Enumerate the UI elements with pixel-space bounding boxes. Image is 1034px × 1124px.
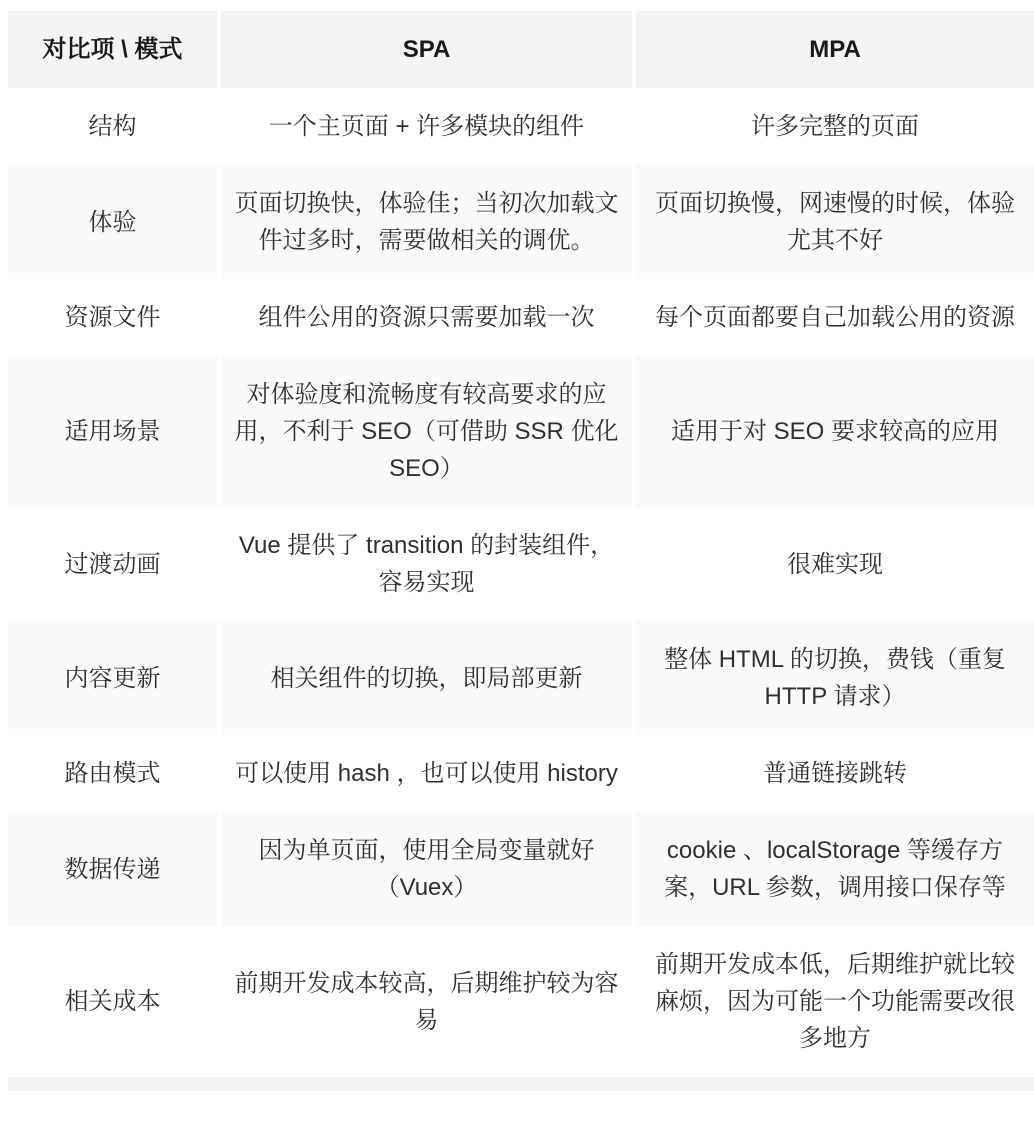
header-spa: SPA	[219, 11, 634, 88]
table-row-routing-mode: 路由模式 可以使用 hash ，也可以使用 history 普通链接跳转	[8, 735, 1034, 812]
spa-cell: 页面切换快，体验佳；当初次加载文件过多时，需要做相关的调优。	[219, 165, 634, 279]
table-row-experience: 体验 页面切换快，体验佳；当初次加载文件过多时，需要做相关的调优。 页面切换慢，…	[8, 165, 1034, 279]
header-compare-item: 对比项 \ 模式	[8, 11, 219, 88]
mpa-cell: 普通链接跳转	[634, 735, 1034, 812]
spa-cell: 因为单页面，使用全局变量就好（Vuex）	[219, 812, 634, 926]
mpa-cell: 页面切换慢，网速慢的时候，体验尤其不好	[634, 165, 1034, 279]
table-row-resources: 资源文件 组件公用的资源只需要加载一次 每个页面都要自己加载公用的资源	[8, 279, 1034, 356]
row-label: 结构	[8, 88, 219, 165]
spa-cell: Vue 提供了 transition 的封装组件，容易实现	[219, 507, 634, 621]
mpa-cell: 整体 HTML 的切换，费钱（重复 HTTP 请求）	[634, 621, 1034, 735]
row-label: 适用场景	[8, 356, 219, 507]
spa-mpa-comparison-table: 对比项 \ 模式 SPA MPA 结构 一个主页面 + 许多模块的组件 许多完整…	[8, 11, 1034, 1077]
table-row-content-update: 内容更新 相关组件的切换，即局部更新 整体 HTML 的切换，费钱（重复 HTT…	[8, 621, 1034, 735]
table-row-use-cases: 适用场景 对体验度和流畅度有较高要求的应用，不利于 SEO（可借助 SSR 优化…	[8, 356, 1034, 507]
table-header-row: 对比项 \ 模式 SPA MPA	[8, 11, 1034, 88]
row-label: 相关成本	[8, 926, 219, 1077]
table-row-transition-animation: 过渡动画 Vue 提供了 transition 的封装组件，容易实现 很难实现	[8, 507, 1034, 621]
row-label: 内容更新	[8, 621, 219, 735]
row-label: 过渡动画	[8, 507, 219, 621]
next-row-partial-band	[8, 1077, 1034, 1091]
mpa-cell: cookie 、localStorage 等缓存方案，URL 参数，调用接口保存…	[634, 812, 1034, 926]
spa-cell: 相关组件的切换，即局部更新	[219, 621, 634, 735]
mpa-cell: 前期开发成本低，后期维护就比较麻烦，因为可能一个功能需要改很多地方	[634, 926, 1034, 1077]
row-label: 资源文件	[8, 279, 219, 356]
spa-cell: 对体验度和流畅度有较高要求的应用，不利于 SEO（可借助 SSR 优化 SEO）	[219, 356, 634, 507]
spa-cell: 一个主页面 + 许多模块的组件	[219, 88, 634, 165]
row-label: 路由模式	[8, 735, 219, 812]
table-row-structure: 结构 一个主页面 + 许多模块的组件 许多完整的页面	[8, 88, 1034, 165]
mpa-cell: 许多完整的页面	[634, 88, 1034, 165]
mpa-cell: 适用于对 SEO 要求较高的应用	[634, 356, 1034, 507]
mpa-cell: 很难实现	[634, 507, 1034, 621]
header-mpa: MPA	[634, 11, 1034, 88]
spa-cell: 组件公用的资源只需要加载一次	[219, 279, 634, 356]
row-label: 体验	[8, 165, 219, 279]
mpa-cell: 每个页面都要自己加载公用的资源	[634, 279, 1034, 356]
comparison-table-container: 对比项 \ 模式 SPA MPA 结构 一个主页面 + 许多模块的组件 许多完整…	[8, 11, 1034, 1077]
spa-cell: 前期开发成本较高，后期维护较为容易	[219, 926, 634, 1077]
spa-cell: 可以使用 hash ，也可以使用 history	[219, 735, 634, 812]
table-row-data-passing: 数据传递 因为单页面，使用全局变量就好（Vuex） cookie 、localS…	[8, 812, 1034, 926]
table-row-cost: 相关成本 前期开发成本较高，后期维护较为容易 前期开发成本低，后期维护就比较麻烦…	[8, 926, 1034, 1077]
row-label: 数据传递	[8, 812, 219, 926]
